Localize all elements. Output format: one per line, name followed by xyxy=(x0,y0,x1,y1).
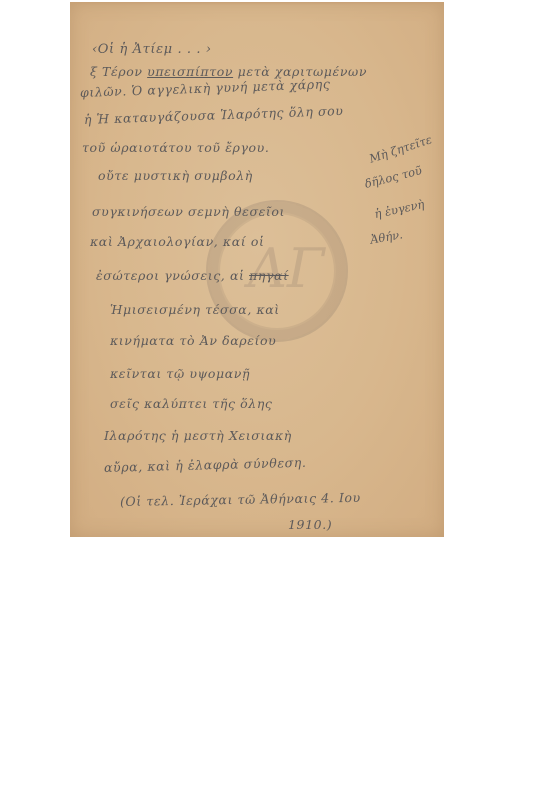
manuscript-line-12: κεῖνται τῷ υψομανῇ xyxy=(110,366,250,381)
manuscript-line-6: οὔτε μυστικὴ συμβολὴ xyxy=(98,168,253,183)
manuscript-line-5: τοῦ ὡραιοτάτου τοῦ ἔργου. xyxy=(82,140,269,155)
manuscript-page: ΑΓ ‹Οἱ ἡ Ἀτίεμ . . . › ξ Τέρον υπεισπίπτ… xyxy=(70,2,444,537)
manuscript-line-11: κινήματα τὸ Ἀν δαρείου xyxy=(110,333,276,348)
manuscript-line-15: αὔρα, καὶ ἡ ἐλαφρὰ σύνθεση. xyxy=(104,455,307,475)
manuscript-line-4: ἡ Ἡ καταυγάζουσα Ἱλαρότης ὅλη σου xyxy=(84,103,344,127)
manuscript-line-9: ἐσώτεροι γνώσεις, αἱ πηγαί xyxy=(96,268,289,283)
underlined-word: υπεισπίπτον xyxy=(147,64,233,79)
manuscript-line-7: συγκινήσεων σεμνὴ θεσεῖοι xyxy=(92,204,285,219)
margin-note-2: δῆλος τοῦ xyxy=(363,163,423,191)
manuscript-line-16: (Οἱ τελ. Ἰεράχαι τῶ Ἀθήναις 4. Ιου xyxy=(120,490,361,509)
manuscript-line-8: καὶ Ἀρχαιολογίαν, καί οἱ xyxy=(90,234,264,249)
manuscript-line-17: 1910.) xyxy=(288,517,332,532)
margin-note-3: ἡ ἐυγενὴ xyxy=(373,197,425,221)
manuscript-word: ξ Τέρον xyxy=(90,64,143,79)
manuscript-line-1: ‹Οἱ ἡ Ἀτίεμ . . . › xyxy=(92,42,212,57)
paper-edge xyxy=(70,2,444,5)
struck-word: πηγαί xyxy=(249,268,289,283)
manuscript-word: ἐσώτεροι γνώσεις, αἱ xyxy=(96,268,245,283)
margin-note-4: Ἀθήν. xyxy=(369,227,404,246)
manuscript-line-10: Ἡμισεισμένη τέσσα, καὶ xyxy=(110,302,280,317)
manuscript-line-13: σεῖς καλύπτει τῆς ὅλης xyxy=(110,396,273,411)
manuscript-line-3: φιλῶν. Ὁ αγγελικὴ γυνή μετὰ χάρης xyxy=(80,76,331,100)
margin-note-1: Μὴ ζητεῖτε xyxy=(367,132,433,165)
manuscript-line-14: Ιλαρότης ἡ μεστὴ Χεισιακὴ xyxy=(104,428,292,443)
